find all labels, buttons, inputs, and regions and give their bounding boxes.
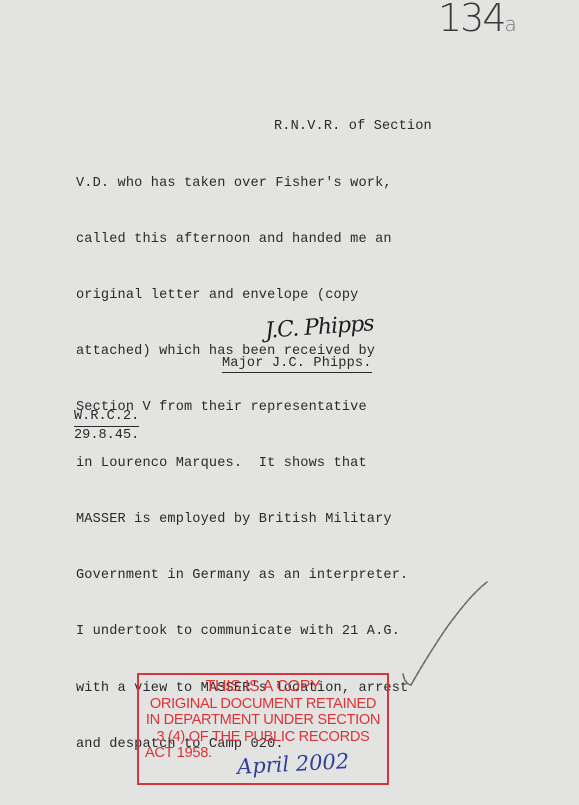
body-line: V.D. who has taken over Fisher's work, (76, 175, 432, 194)
stamp-line: IN DEPARTMENT UNDER SECTION (139, 712, 387, 729)
body-line: R.N.V.R. of Section (76, 118, 432, 137)
body-line: in Lourenco Marques. It shows that (76, 455, 432, 474)
body-line: original letter and envelope (copy (76, 287, 432, 306)
reference-date: 29.8.45. (74, 428, 139, 443)
body-line: I undertook to communicate with 21 A.G. (76, 623, 432, 642)
pencil-tick-mark-icon (395, 570, 505, 690)
body-line: Government in Germany as an interpreter. (76, 567, 432, 586)
stamp-line: ORIGINAL DOCUMENT RETAINED (139, 696, 387, 713)
stamp-line: THIS IS A COPY (139, 679, 387, 696)
body-line: called this afternoon and handed me an (76, 231, 432, 250)
page-number-value: 134 (438, 0, 505, 40)
body-line: MASSER is employed by British Military (76, 511, 432, 530)
reference-block: W.R.C.2. 29.8.45. (74, 408, 139, 444)
page-number-suffix: a (505, 12, 517, 36)
stamp-line: 3 (4) OF THE PUBLIC RECORDS (139, 729, 387, 746)
page-number: 134a (438, 0, 517, 40)
signatory-name: Major J.C. Phipps. (222, 356, 372, 373)
reference-code: W.R.C.2. (74, 408, 139, 427)
